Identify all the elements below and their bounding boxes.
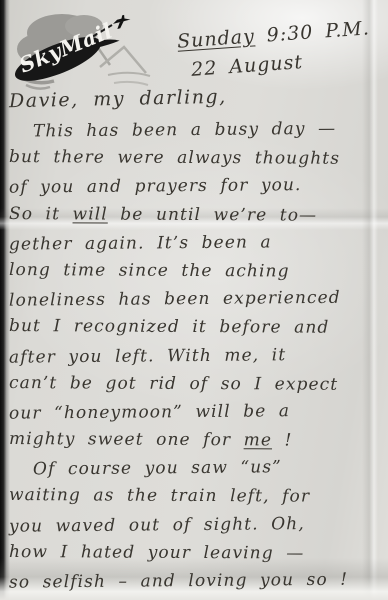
letter-line: of you and prayers for you. bbox=[9, 171, 386, 202]
letter-line: long time since the aching bbox=[9, 256, 386, 286]
letter-line: you waved out of sight. Oh, bbox=[9, 509, 386, 540]
letter-line: So it will be until we’re to— bbox=[9, 200, 386, 230]
letter-line: mighty sweet one for me ! bbox=[9, 425, 386, 455]
skymail-logo: SkyMail bbox=[10, 5, 158, 101]
letter-scan: SkyMail Sunday 9:30 P.M. 22 August Davie… bbox=[0, 0, 388, 600]
airplane-icon bbox=[112, 14, 132, 30]
letter-line: can’t be got rid of so I expect bbox=[9, 369, 386, 399]
letter-line: so selfish – and loving you so ! bbox=[9, 565, 386, 596]
letter-line: Of course you saw “us” bbox=[9, 453, 386, 484]
letter-line: waiting as the train left, for bbox=[9, 481, 386, 511]
letter-line: loneliness has been experienced bbox=[9, 283, 386, 314]
letter-line: but I recognized it before and bbox=[9, 312, 386, 342]
letter-line: after you left. With me, it bbox=[9, 340, 386, 371]
letter-line: our “honeymoon” will be a bbox=[9, 396, 386, 427]
letter-body: This has been a busy day — but there wer… bbox=[9, 116, 386, 595]
letter-line: how I hated your leaving — bbox=[9, 538, 386, 568]
letter-line: This has been a busy day — bbox=[9, 114, 386, 145]
letter-line: but there were always thoughts bbox=[9, 143, 386, 173]
salutation: Davie, my darling, bbox=[9, 86, 227, 113]
letter-line: gether again. It’s been a bbox=[9, 227, 386, 258]
